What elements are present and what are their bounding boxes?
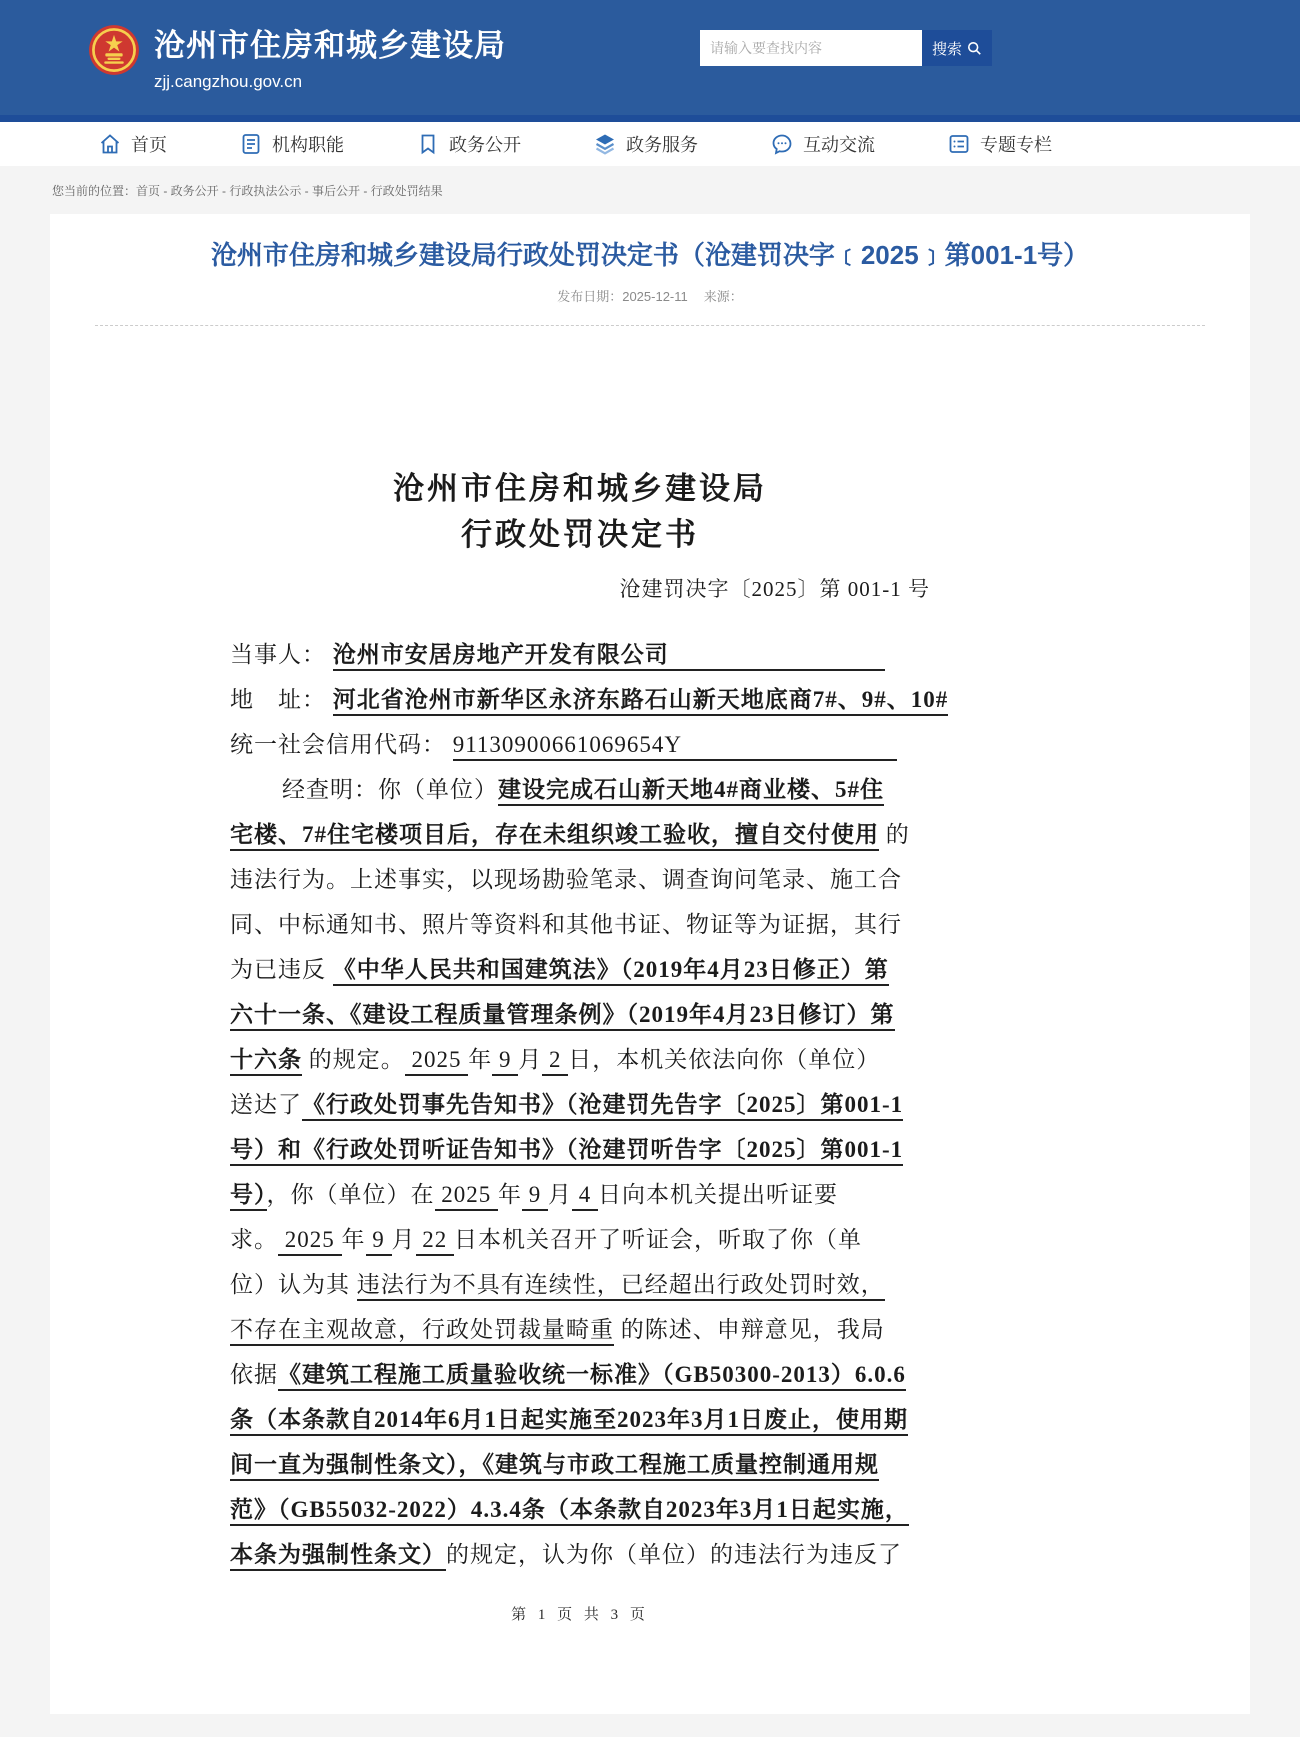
list-icon bbox=[947, 132, 971, 156]
document-title-line1: 沧州市住房和城乡建设局 bbox=[230, 466, 930, 512]
nav-label: 政务公开 bbox=[449, 131, 521, 157]
search-button[interactable]: 搜索 bbox=[922, 30, 992, 66]
article-panel: 沧州市住房和城乡建设局行政处罚决定书（沧建罚决字﹝2025﹞第001-1号） 发… bbox=[50, 214, 1250, 1714]
breadcrumb: 您当前的位置：首页 - 政务公开 - 行政执法公示 - 事后公开 - 行政处罚结… bbox=[52, 182, 1300, 199]
document-title-line2: 行政处罚决定书 bbox=[230, 512, 930, 558]
magnifier-icon bbox=[966, 40, 982, 56]
divider bbox=[95, 325, 1205, 326]
document-text-line: 统一社会信用代码： 91130900661069654Y bbox=[230, 722, 930, 767]
document-text-line: 号）和《行政处罚听证告知书》（沧建罚听告字〔2025〕第001-1 bbox=[230, 1127, 930, 1172]
scanned-document: 沧州市住房和城乡建设局 行政处罚决定书 沧建罚决字〔2025〕第 001-1 号… bbox=[230, 466, 930, 1624]
document-text-line: 为已违反 《中华人民共和国建筑法》（2019年4月23日修正）第 bbox=[230, 947, 930, 992]
document-text-line: 范》（GB55032-2022）4.3.4条（本条款自2023年3月1日起实施， bbox=[230, 1487, 930, 1532]
nav-item-special-topics[interactable]: 专题专栏 bbox=[947, 131, 1052, 157]
site-brand: 沧州市住房和城乡建设局 zjj.cangzhou.gov.cn bbox=[88, 20, 506, 92]
nav-item-gov-disclosure[interactable]: 政务公开 bbox=[416, 131, 521, 157]
nav-label: 首页 bbox=[131, 131, 167, 157]
site-search: 搜索 bbox=[700, 30, 992, 66]
site-url: zjj.cangzhou.gov.cn bbox=[154, 72, 506, 92]
breadcrumb-prefix: 您当前的位置： bbox=[52, 184, 136, 198]
site-title: 沧州市住房和城乡建设局 bbox=[154, 20, 506, 65]
layers-icon bbox=[593, 132, 617, 156]
site-header: 沧州市住房和城乡建设局 zjj.cangzhou.gov.cn 搜索 bbox=[0, 0, 1300, 115]
home-icon bbox=[98, 132, 122, 156]
document-text-line: 条（本条款自2014年6月1日起实施至2023年3月1日废止，使用期 bbox=[230, 1397, 930, 1442]
nav-item-gov-services[interactable]: 政务服务 bbox=[593, 131, 698, 157]
article-meta: 发布日期：2025-12-11来源： bbox=[50, 286, 1250, 305]
document-text-line: 同、中标通知书、照片等资料和其他书证、物证等为证据，其行 bbox=[230, 902, 930, 947]
document-body: 当事人： 沧州市安居房地产开发有限公司 地 址： 河北省沧州市新华区永济东路石山… bbox=[230, 632, 930, 1577]
nav-label: 机构职能 bbox=[272, 131, 344, 157]
document-page-footer: 第 1 页 共 3 页 bbox=[230, 1603, 930, 1624]
nav-label: 政务服务 bbox=[626, 131, 698, 157]
document-text-line: 间一直为强制性条文），《建筑与市政工程施工质量控制通用规 bbox=[230, 1442, 930, 1487]
breadcrumb-path[interactable]: 首页 - 政务公开 - 行政执法公示 - 事后公开 - 行政处罚结果 bbox=[136, 184, 443, 198]
document-icon bbox=[239, 132, 263, 156]
document-text-line: 送达了《行政处罚事先告知书》（沧建罚先告字〔2025〕第001-1 bbox=[230, 1082, 930, 1127]
search-button-label: 搜索 bbox=[932, 38, 962, 59]
nav-item-functions[interactable]: 机构职能 bbox=[239, 131, 344, 157]
national-emblem-logo bbox=[88, 24, 140, 76]
document-text-line: 当事人： 沧州市安居房地产开发有限公司 bbox=[230, 632, 930, 677]
nav-item-interaction[interactable]: 互动交流 bbox=[770, 131, 875, 157]
document-text-line: 经查明：你（单位）建设完成石山新天地4#商业楼、5#住 bbox=[230, 767, 930, 812]
document-text-line: 违法行为。上述事实，以现场勘验笔录、调查询问笔录、施工合 bbox=[230, 857, 930, 902]
bookmark-icon bbox=[416, 132, 440, 156]
document-text-line: 位）认为其 违法行为不具有连续性，已经超出行政处罚时效， bbox=[230, 1262, 930, 1307]
document-text-line: 十六条 的规定。 2025 年 9 月 2 日，本机关依法向你（单位） bbox=[230, 1037, 930, 1082]
document-text-line: 求。 2025 年 9 月 22 日本机关召开了听证会，听取了你（单 bbox=[230, 1217, 930, 1262]
publish-date-label: 发布日期： bbox=[557, 289, 622, 304]
main-nav: 首页 机构职能 政务公开 政务服务 互动交流 bbox=[0, 122, 1300, 166]
chat-icon bbox=[770, 132, 794, 156]
document-text-line: 依据《建筑工程施工质量验收统一标准》（GB50300-2013）6.0.6 bbox=[230, 1352, 930, 1397]
document-text-line: 号），你（单位）在 2025 年 9 月 4 日向本机关提出听证要 bbox=[230, 1172, 930, 1217]
document-text-line: 不存在主观故意，行政处罚裁量畸重 的陈述、申辩意见，我局 bbox=[230, 1307, 930, 1352]
document-text-line: 本条为强制性条文）的规定，认为你（单位）的违法行为违反了 bbox=[230, 1532, 930, 1577]
document-text-line: 六十一条、《建设工程质量管理条例》（2019年4月23日修订）第 bbox=[230, 992, 930, 1037]
document-number: 沧建罚决字〔2025〕第 001-1 号 bbox=[230, 574, 930, 604]
header-accent-strip bbox=[0, 115, 1300, 122]
search-input[interactable] bbox=[700, 30, 922, 66]
source-label: 来源： bbox=[704, 289, 743, 304]
nav-label: 互动交流 bbox=[803, 131, 875, 157]
nav-label: 专题专栏 bbox=[980, 131, 1052, 157]
document-text-line: 地 址： 河北省沧州市新华区永济东路石山新天地底商7#、9#、10# bbox=[230, 677, 930, 722]
nav-item-home[interactable]: 首页 bbox=[98, 131, 167, 157]
publish-date: 2025-12-11 bbox=[622, 289, 688, 304]
page-title: 沧州市住房和城乡建设局行政处罚决定书（沧建罚决字﹝2025﹞第001-1号） bbox=[50, 238, 1250, 272]
document-text-line: 宅楼、7#住宅楼项目后，存在未组织竣工验收，擅自交付使用 的 bbox=[230, 812, 930, 857]
